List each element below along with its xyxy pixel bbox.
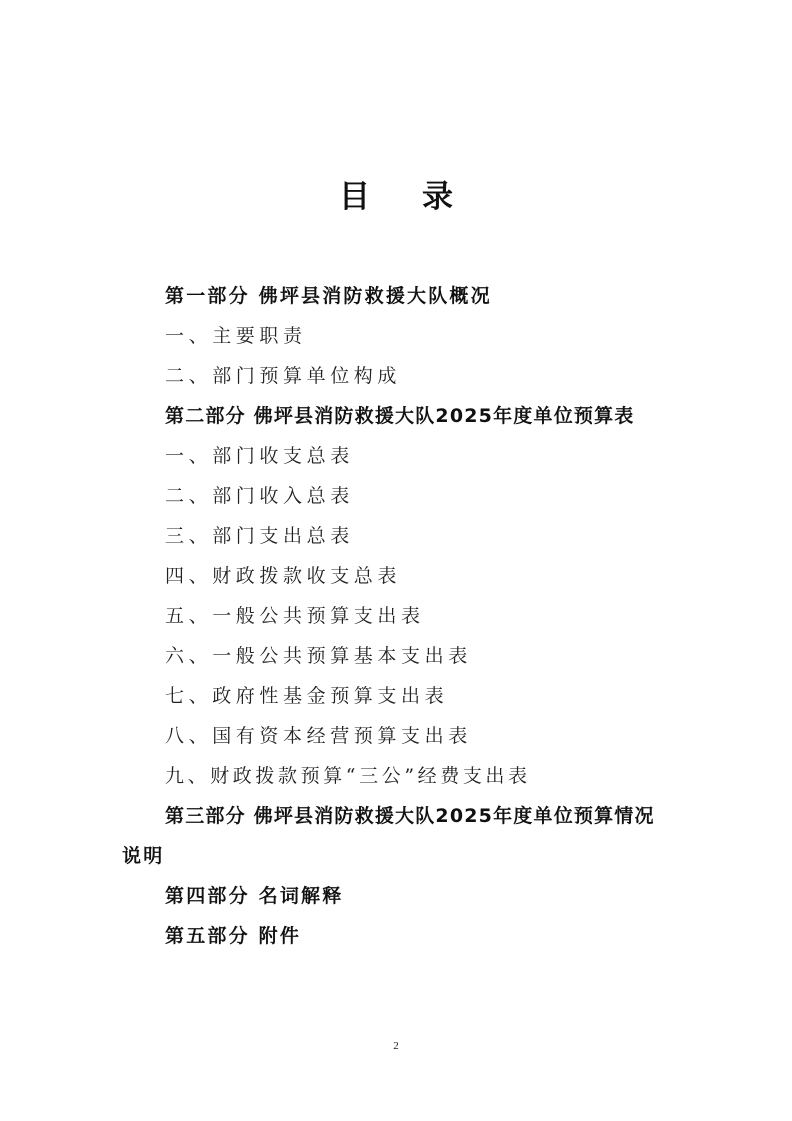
- toc-item: 三、部门支出总表: [165, 524, 354, 548]
- toc-part-3-continuation: 说明: [122, 844, 164, 868]
- toc-item: 五、一般公共预算支出表: [165, 604, 425, 628]
- toc-part-2: 第二部分 佛坪县消防救援大队2025年度单位预算表: [165, 404, 635, 428]
- toc-item: 六、一般公共预算基本支出表: [165, 644, 472, 668]
- title-char-2: 录: [422, 178, 453, 216]
- toc-part-4: 第四部分 名词解释: [165, 884, 343, 908]
- document-page: 目录 第一部分 佛坪县消防救援大队概况 一、主要职责 二、部门预算单位构成 第二…: [0, 0, 792, 1121]
- page-title: 目录: [0, 178, 792, 216]
- toc-part-3: 第三部分 佛坪县消防救援大队2025年度单位预算情况: [165, 804, 655, 828]
- toc-item: 八、国有资本经营预算支出表: [165, 724, 472, 748]
- toc-item: 二、部门预算单位构成: [165, 364, 401, 388]
- toc-item: 一、部门收支总表: [165, 444, 354, 468]
- toc-item: 四、财政拨款收支总表: [165, 564, 401, 588]
- toc-part-1: 第一部分 佛坪县消防救援大队概况: [165, 284, 492, 308]
- toc-item: 九、财政拨款预算“三公”经费支出表: [165, 764, 531, 788]
- toc-item: 一、主要职责: [165, 324, 307, 348]
- toc-part-5: 第五部分 附件: [165, 924, 301, 948]
- page-number: 2: [0, 1040, 792, 1052]
- toc-item: 二、部门收入总表: [165, 484, 354, 508]
- title-char-1: 目: [339, 178, 370, 216]
- toc-item: 七、政府性基金预算支出表: [165, 684, 448, 708]
